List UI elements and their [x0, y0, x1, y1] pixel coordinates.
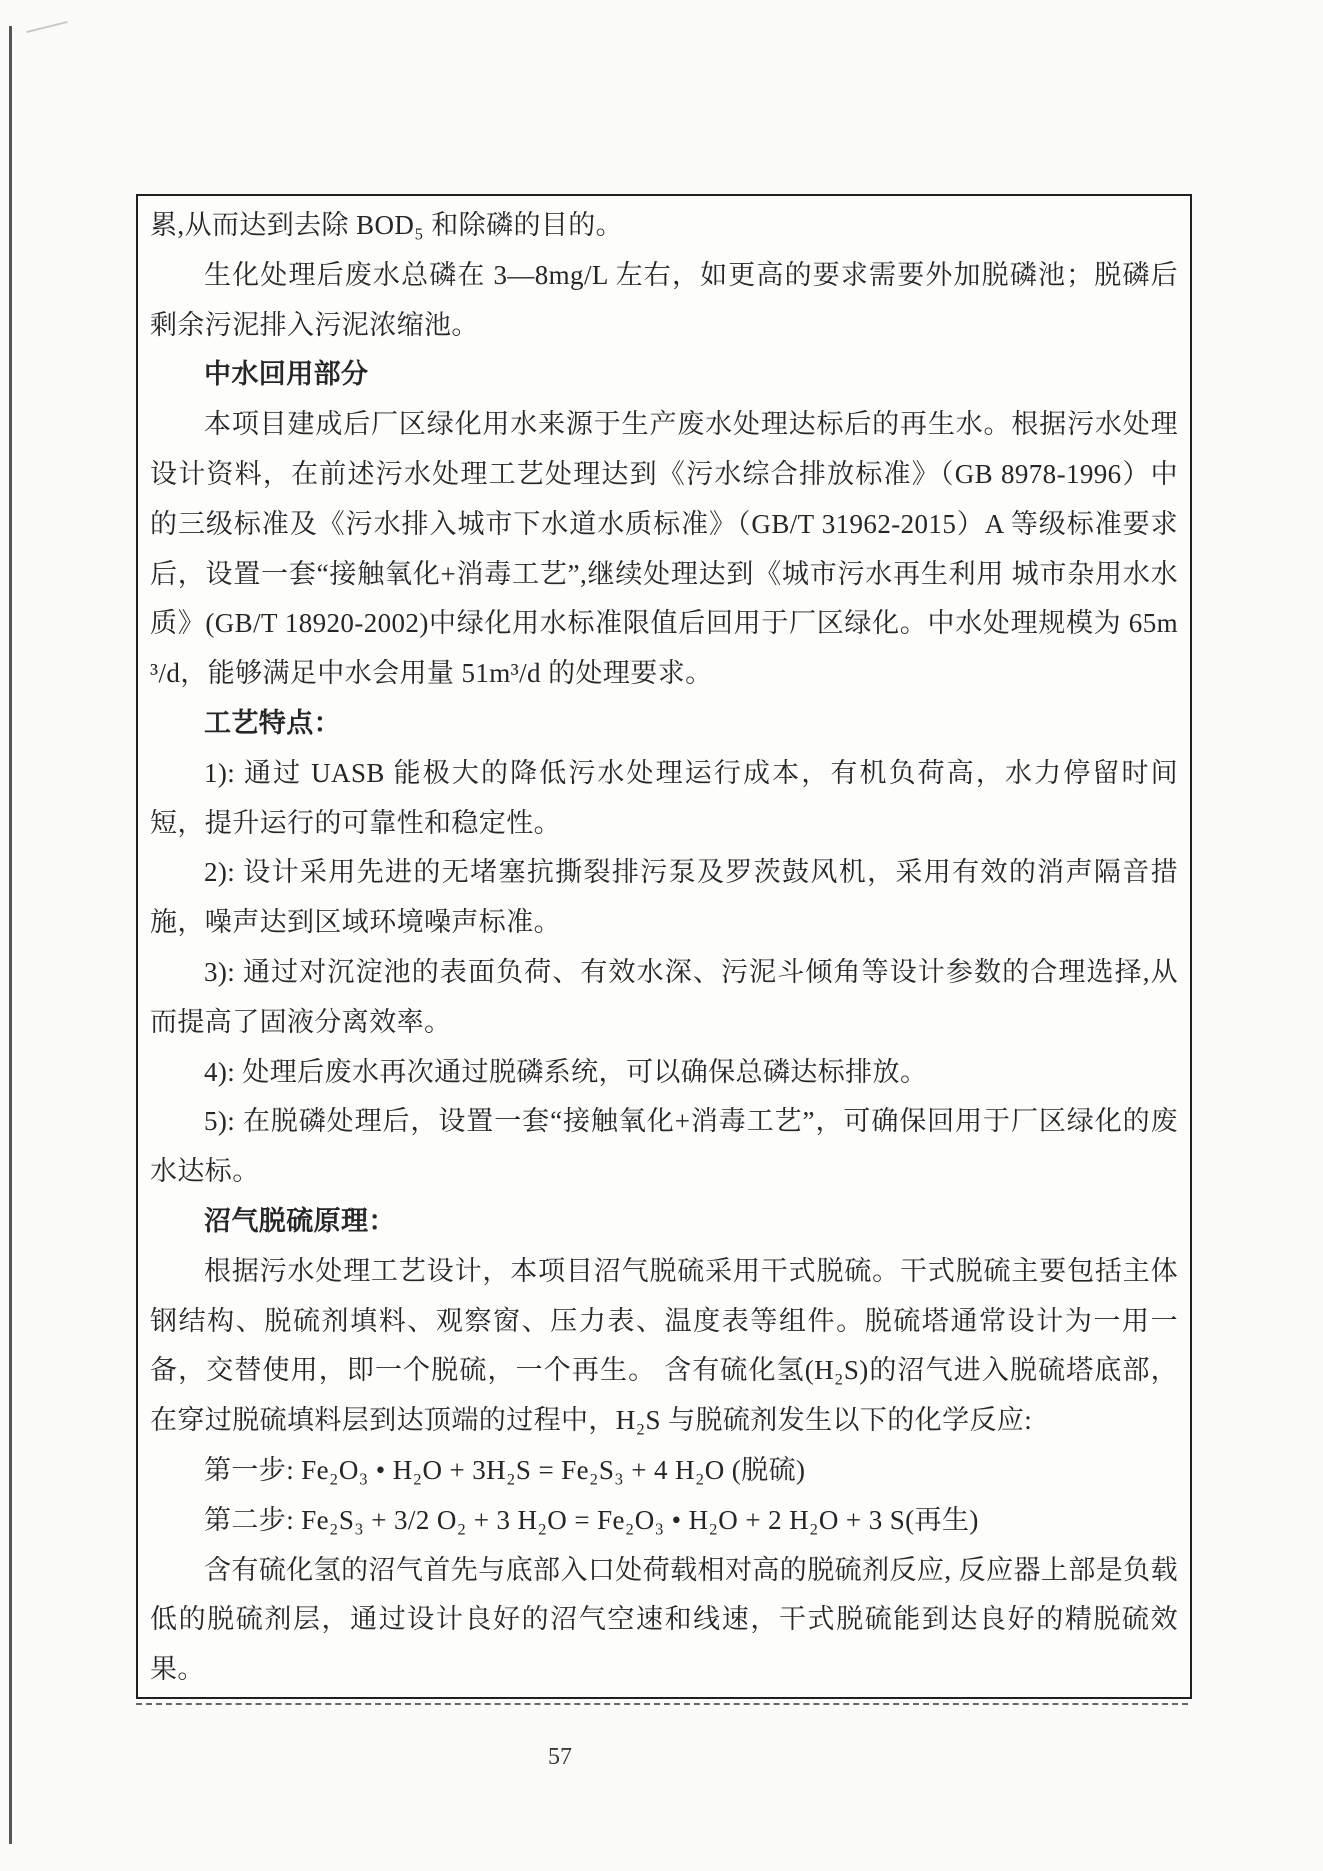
paragraph: 在沼气进入干式脱硫塔之前，应设置有冷凝水罐或沼气颗粒过滤器。该装置可以消除沼: [150, 1695, 1178, 1699]
list-item: 3): 通过对沉淀池的表面负荷、有效水深、污泥斗倾角等设计参数的合理选择,从而提…: [150, 948, 1178, 1048]
section-heading-process-features: 工艺特点：: [150, 699, 1178, 749]
chemical-equation-step2: 第二步: Fe₂S₃ + 3/2 O₂ + 3 H₂O = Fe₂O₃ • H₂…: [150, 1496, 1178, 1546]
paragraph: 生化处理后废水总磷在 3—8mg/L 左右，如更高的要求需要外加脱磷池；脱磷后剩…: [150, 251, 1178, 351]
list-item: 1): 通过 UASB 能极大的降低污水处理运行成本，有机负荷高，水力停留时间短…: [150, 749, 1178, 849]
paragraph: 含有硫化氢的沼气首先与底部入口处荷载相对高的脱硫剂反应, 反应器上部是负载低的脱…: [150, 1546, 1178, 1695]
list-item: 4): 处理后废水再次通过脱磷系统，可以确保总磷达标排放。: [150, 1048, 1178, 1098]
section-heading-reuse: 中水回用部分: [150, 350, 1178, 400]
section-heading-desulfurization: 沼气脱硫原理：: [150, 1197, 1178, 1247]
list-item: 2): 设计采用先进的无堵塞抗撕裂排污泵及罗茨鼓风机，采用有效的消声隔音措施，噪…: [150, 848, 1178, 948]
list-item: 5): 在脱磷处理后，设置一套“接触氧化+消毒工艺”，可确保回用于厂区绿化的废水…: [150, 1097, 1178, 1197]
page-number: 57: [0, 1744, 1120, 1771]
paragraph: 本项目建成后厂区绿化用水来源于生产废水处理达标后的再生水。根据污水处理设计资料，…: [150, 400, 1178, 699]
content-box: 累,从而达到去除 BOD₅ 和除磷的目的。 生化处理后废水总磷在 3—8mg/L…: [136, 194, 1192, 1699]
scan-edge-line: [9, 26, 12, 1844]
scan-border-echo-line: [136, 1703, 1188, 1705]
paragraph: 根据污水处理工艺设计，本项目沼气脱硫采用干式脱硫。干式脱硫主要包括主体钢结构、脱…: [150, 1247, 1178, 1446]
paragraph-continuation: 累,从而达到去除 BOD₅ 和除磷的目的。: [150, 201, 1178, 251]
scan-corner-mark: [26, 21, 67, 33]
chemical-equation-step1: 第一步: Fe₂O₃ • H₂O + 3H₂S = Fe₂S₃ + 4 H₂O …: [150, 1446, 1178, 1496]
